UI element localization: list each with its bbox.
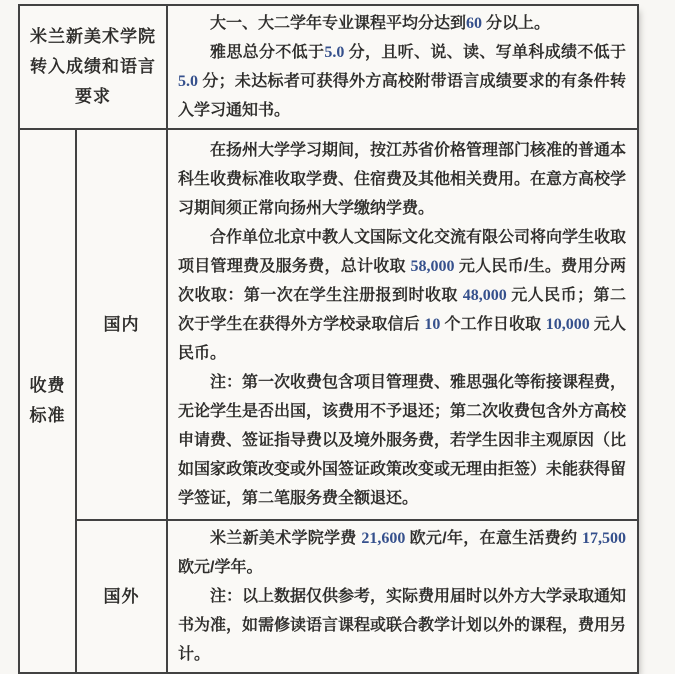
paragraph: 米兰新美术学院学费 21,600 欧元/年，在意生活费约 17,500 欧元/学… [178, 524, 626, 582]
figure-value: 10 [424, 316, 444, 333]
text-run: 分；未达标者可获得外方高校附带语言成绩要求的有条件转入学习通知书。 [178, 73, 626, 119]
text-run: 分以上。 [486, 15, 550, 32]
domestic-fees-content-cell: 在扬州大学学习期间，按江苏省价格管理部门核准的普通本科生收费标准收取学费、住宿费… [167, 129, 638, 520]
paragraph: 雅思总分不低于5.0 分，且听、说、读、写单科成绩不低于5.0 分；未达标者可获… [178, 38, 626, 125]
figure-value: 17,500 [582, 530, 626, 547]
paragraph: 注：以上数据仅供参考，实际费用届时以外方大学录取通知书为准，如需修读语言课程或联… [178, 582, 626, 669]
figure-value: 21,600 [361, 530, 409, 547]
text-run: 注：第一次收费包含项目管理费、雅思强化等衔接课程费，无论学生是否出国，该费用不予… [178, 374, 626, 507]
fees-and-requirements-table: 米兰新美术学院 转入成绩和语言 要求 大一、大二学年专业课程平均分达到60 分以… [18, 4, 639, 674]
fee-standard-header-cell: 收费 标准 [19, 129, 76, 673]
text-run: 雅思总分不低于 [210, 44, 324, 61]
document-page: 米兰新美术学院 转入成绩和语言 要求 大一、大二学年专业课程平均分达到60 分以… [0, 0, 675, 674]
figure-value: 48,000 [463, 287, 511, 304]
text-run: 大一、大二学年专业课程平均分达到 [210, 15, 466, 32]
paragraph: 在扬州大学学习期间，按江苏省价格管理部门核准的普通本科生收费标准收取学费、住宿费… [178, 136, 626, 223]
paragraph: 注：第一次收费包含项目管理费、雅思强化等衔接课程费，无论学生是否出国，该费用不予… [178, 368, 626, 513]
text-run: 欧元/年，在意生活费约 [410, 530, 582, 547]
figure-value: 10,000 [546, 316, 594, 333]
abroad-label-cell: 国外 [76, 520, 167, 673]
figure-value: 60 [466, 15, 486, 32]
text-run: 在扬州大学学习期间，按江苏省价格管理部门核准的普通本科生收费标准收取学费、住宿费… [178, 142, 626, 217]
abroad-fees-content-cell: 米兰新美术学院学费 21,600 欧元/年，在意生活费约 17,500 欧元/学… [167, 520, 638, 673]
figure-value: 5.0 [324, 44, 348, 61]
text-run: 个工作日收取 [444, 316, 545, 333]
text-run: 分，且听、说、读、写单科成绩不低于 [349, 44, 626, 61]
paragraph: 合作单位北京中教人文国际文化交流有限公司将向学生收取项目管理费及服务费，总计收取… [178, 223, 626, 368]
transfer-requirements-content-cell: 大一、大二学年专业课程平均分达到60 分以上。雅思总分不低于5.0 分，且听、说… [167, 5, 638, 129]
paragraph: 大一、大二学年专业课程平均分达到60 分以上。 [178, 9, 626, 38]
domestic-label-cell: 国内 [76, 129, 167, 520]
figure-value: 5.0 [178, 73, 202, 90]
transfer-requirements-header-cell: 米兰新美术学院 转入成绩和语言 要求 [19, 5, 167, 129]
text-run: 注：以上数据仅供参考，实际费用届时以外方大学录取通知书为准，如需修读语言课程或联… [178, 588, 626, 663]
figure-value: 58,000 [411, 258, 459, 275]
text-run: 米兰新美术学院学费 [210, 530, 361, 547]
text-run: 欧元/学年。 [178, 559, 262, 576]
